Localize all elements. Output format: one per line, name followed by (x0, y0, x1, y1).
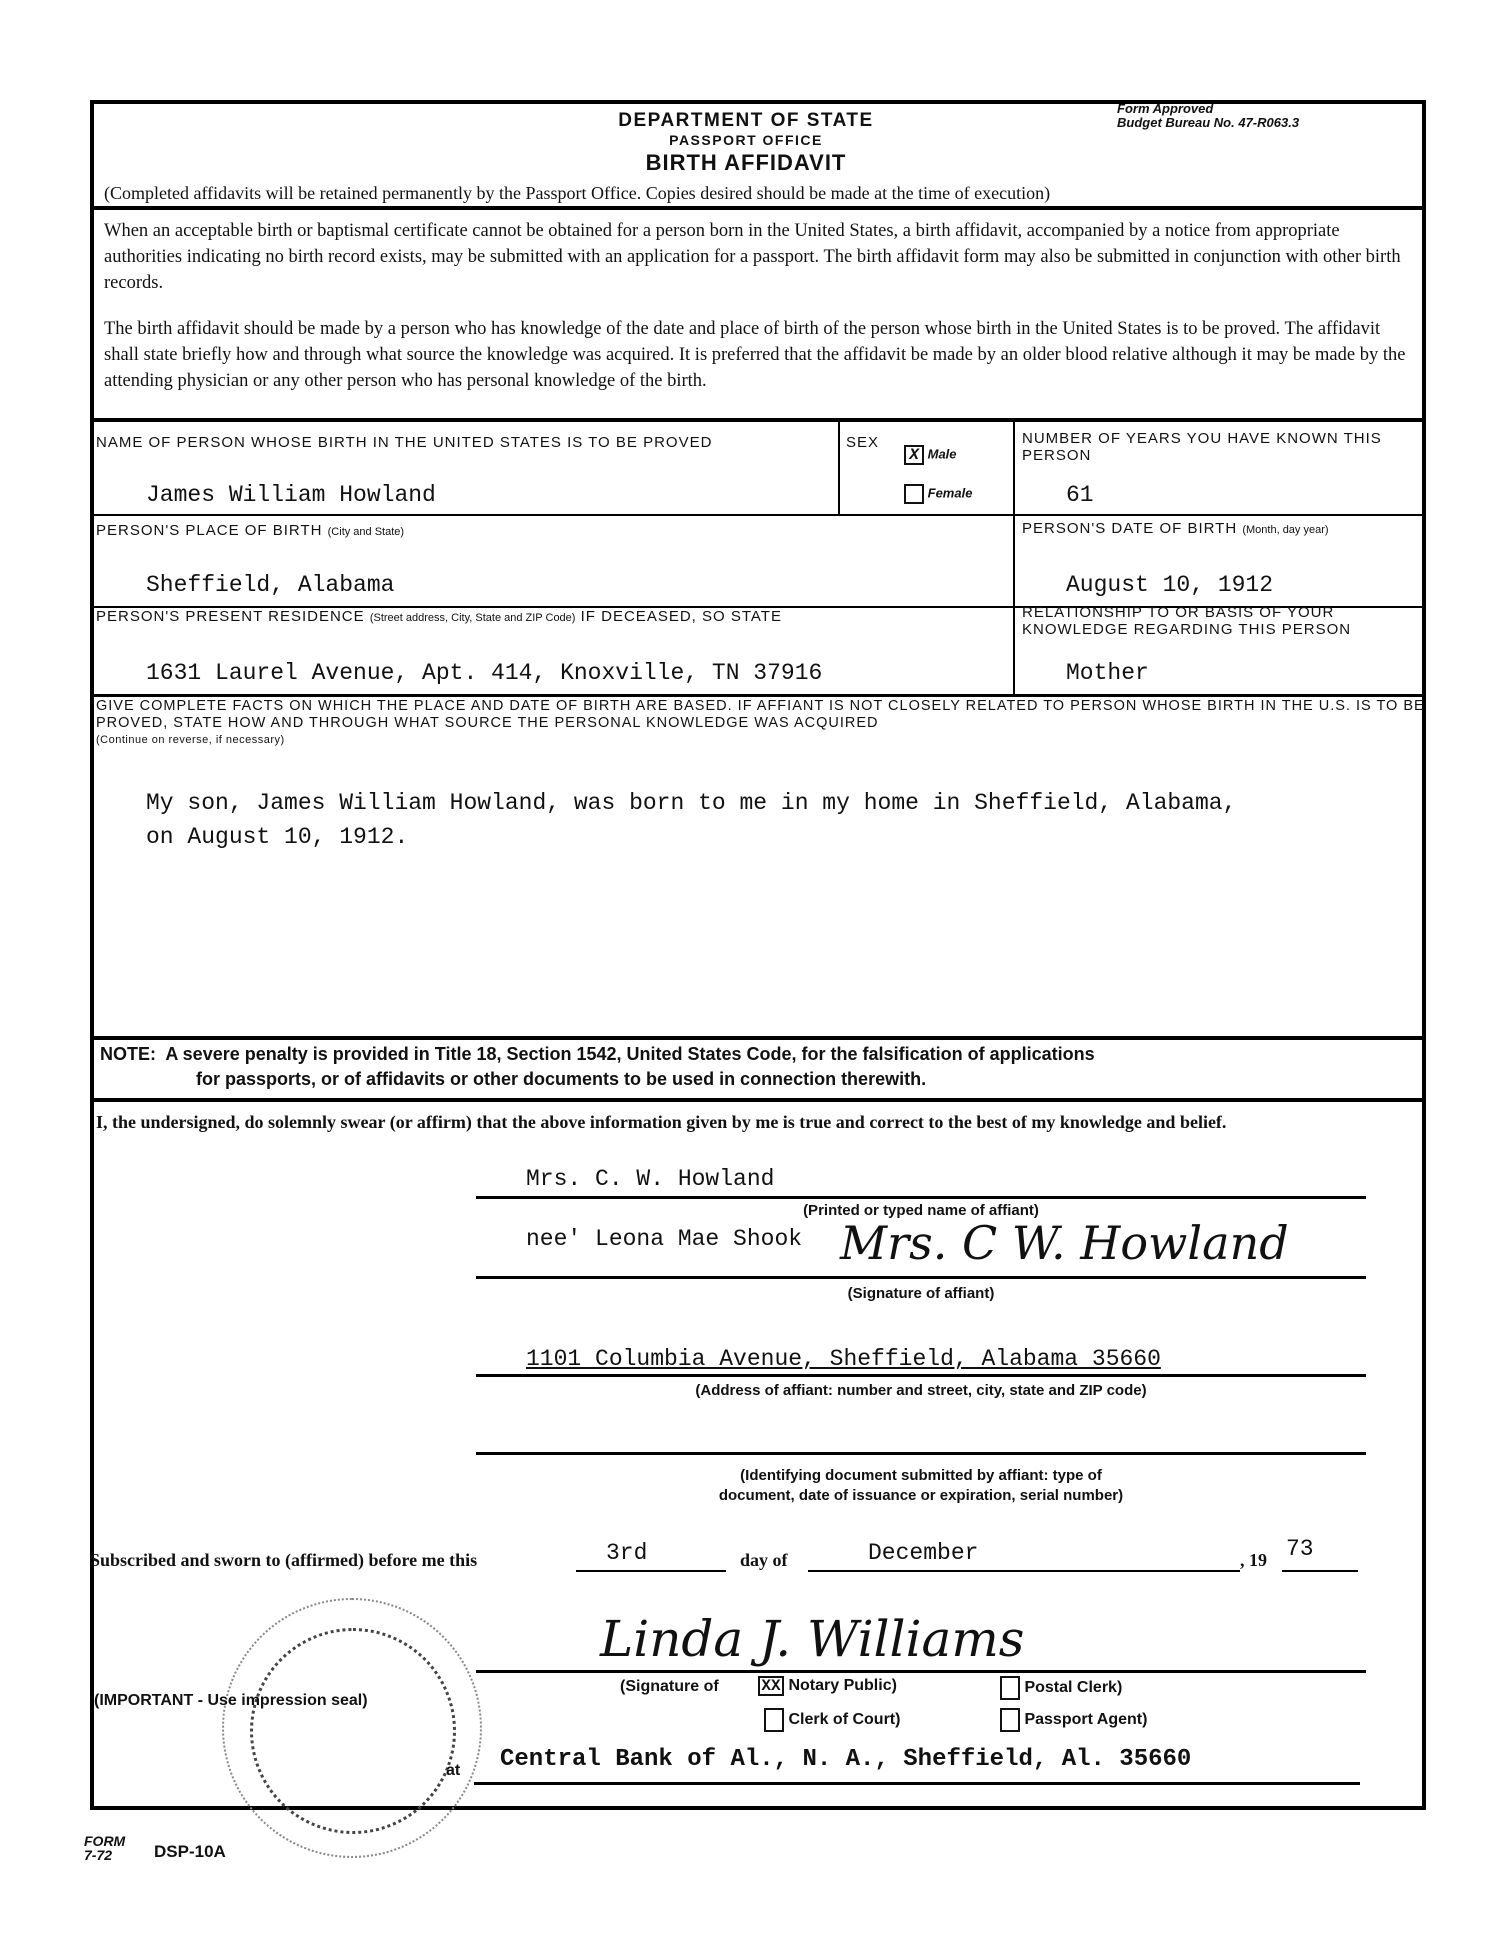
residence-value: 1631 Laurel Avenue, Apt. 414, Knoxville,… (146, 660, 822, 686)
name-value: James William Howland (146, 482, 436, 508)
notary-day: 3rd (606, 1540, 647, 1566)
notary-public-label: Notary Public) (788, 1677, 896, 1694)
place-of-birth-label-text: PERSON'S PLACE OF BIRTH (96, 522, 322, 539)
female-label: Female (928, 485, 973, 500)
oath-text: I, the undersigned, do solemnly swear (o… (96, 1110, 1416, 1134)
budget-bureau-number: Budget Bureau No. 47-R063.3 (1117, 116, 1299, 130)
affiant-signature-line (476, 1276, 1366, 1279)
date-of-birth-label: PERSON'S DATE OF BIRTH (Month, day year) (1022, 520, 1422, 539)
residence-sublabel: (Street address, City, State and ZIP Cod… (370, 612, 576, 624)
relationship-label: RELATIONSHIP TO OR BASIS OF YOUR KNOWLED… (1022, 604, 1422, 638)
note-line-2: for passports, or of affidavits or other… (100, 1067, 1420, 1092)
notary-signature-line (476, 1670, 1366, 1673)
date-of-birth-sublabel: (Month, day year) (1242, 524, 1328, 536)
divider (90, 1098, 1426, 1102)
subscribed-statement: Subscribed and sworn to (affirmed) befor… (90, 1550, 477, 1571)
affiant-name-line (476, 1196, 1366, 1199)
postal-clerk-label: Postal Clerk) (1024, 1679, 1122, 1696)
relationship-value: Mother (1066, 660, 1149, 686)
divider (838, 420, 840, 515)
signature-of-label: (Signature of (620, 1678, 719, 1696)
form-approved-label: Form Approved (1117, 102, 1299, 116)
maiden-name: nee' Leona Mae Shook (526, 1226, 802, 1252)
id-document-line (476, 1452, 1366, 1455)
place-of-birth-sublabel: (City and State) (328, 526, 404, 538)
clerk-of-court-label: Clerk of Court) (788, 1711, 900, 1728)
notary-year: 73 (1286, 1536, 1314, 1562)
divider (90, 418, 1426, 422)
form-approval: Form Approved Budget Bureau No. 47-R063.… (1117, 102, 1299, 130)
year-line (1282, 1570, 1358, 1572)
id-document-caption: (Identifying document submitted by affia… (476, 1466, 1366, 1506)
page-title: BIRTH AFFIDAVIT (0, 150, 1492, 176)
date-of-birth-value: August 10, 1912 (1066, 572, 1273, 598)
residence-label: PERSON'S PRESENT RESIDENCE (Street addre… (96, 608, 976, 627)
note-line-1: A severe penalty is provided in Title 18… (165, 1044, 1094, 1064)
affiant-name: Mrs. C. W. Howland (526, 1166, 774, 1192)
sex-option-male[interactable]: X Male (904, 445, 957, 465)
year-prefix: , 19 (1240, 1550, 1267, 1571)
penalty-note: NOTE: A severe penalty is provided in Ti… (100, 1042, 1420, 1092)
month-line (808, 1570, 1240, 1572)
divider (90, 514, 1426, 516)
id-document-caption-line-1: (Identifying document submitted by affia… (476, 1466, 1366, 1486)
notary-signature: Linda J. Williams (600, 1610, 1024, 1668)
years-known-label: NUMBER OF YEARS YOU HAVE KNOWN THIS PERS… (1022, 430, 1422, 464)
facts-sublabel: (Continue on reverse, if necessary) (96, 734, 285, 746)
seal-note: (IMPORTANT - Use impression seal) (94, 1692, 368, 1710)
name-label: NAME OF PERSON WHOSE BIRTH IN THE UNITED… (96, 434, 826, 451)
male-checkbox[interactable]: X (904, 445, 924, 465)
at-label: at (446, 1762, 460, 1780)
subscribed-text: Subscribed and sworn to (affirmed) befor… (90, 1550, 477, 1570)
passport-agent-checkbox[interactable] (1000, 1708, 1020, 1732)
facts-label: GIVE COMPLETE FACTS ON WHICH THE PLACE A… (96, 698, 1426, 732)
form-number: DSP-10A (154, 1842, 226, 1862)
residence-label-tail: IF DECEASED, SO STATE (581, 608, 782, 625)
form-id-block: FORM 7-72 (84, 1834, 125, 1862)
male-label: Male (928, 446, 957, 461)
office-title: PASSPORT OFFICE (0, 132, 1492, 148)
place-of-birth-label: PERSON'S PLACE OF BIRTH (City and State) (96, 522, 404, 541)
id-document-caption-line-2: document, date of issuance or expiration… (476, 1486, 1366, 1506)
residence-label-text: PERSON'S PRESENT RESIDENCE (96, 608, 365, 625)
passport-agent-label: Passport Agent) (1024, 1711, 1147, 1728)
affiant-address-caption: (Address of affiant: number and street, … (476, 1382, 1366, 1399)
years-known-value: 61 (1066, 482, 1094, 508)
notary-public-checkbox[interactable]: XX (758, 1676, 784, 1696)
sex-label: SEX (846, 434, 879, 451)
clerk-of-court-checkbox[interactable] (764, 1708, 784, 1732)
divider (90, 1036, 1426, 1040)
affiant-signature: Mrs. C W. Howland (840, 1216, 1289, 1270)
notary-month: December (868, 1540, 978, 1566)
impression-seal-outer (222, 1598, 482, 1858)
intro-paragraph-2: The birth affidavit should be made by a … (104, 316, 1414, 394)
date-of-birth-label-text: PERSON'S DATE OF BIRTH (1022, 520, 1237, 537)
divider (90, 694, 1426, 697)
sex-option-female[interactable]: Female (904, 484, 972, 504)
role-postal-clerk[interactable]: Postal Clerk) (1000, 1676, 1122, 1700)
postal-clerk-checkbox[interactable] (1000, 1676, 1020, 1700)
form-date: 7-72 (84, 1848, 125, 1862)
female-checkbox[interactable] (904, 484, 924, 504)
affiant-address: 1101 Columbia Avenue, Sheffield, Alabama… (526, 1346, 1161, 1372)
day-of-text: day of (740, 1550, 788, 1571)
retention-note: (Completed affidavits will be retained p… (104, 183, 1420, 204)
notary-location: Central Bank of Al., N. A., Sheffield, A… (500, 1746, 1191, 1773)
facts-line-1: My son, James William Howland, was born … (146, 790, 1236, 816)
day-line (576, 1570, 726, 1572)
role-passport-agent[interactable]: Passport Agent) (1000, 1708, 1147, 1732)
note-prefix: NOTE: (100, 1044, 156, 1064)
affiant-signature-caption: (Signature of affiant) (476, 1285, 1366, 1302)
form-label: FORM (84, 1834, 125, 1848)
divider (90, 206, 1426, 210)
facts-line-2: on August 10, 1912. (146, 824, 408, 850)
location-line (474, 1782, 1360, 1785)
affiant-address-line (476, 1374, 1366, 1377)
role-clerk-of-court[interactable]: Clerk of Court) (764, 1708, 900, 1732)
divider (1013, 420, 1015, 695)
intro-paragraph-1: When an acceptable birth or baptismal ce… (104, 218, 1414, 296)
role-notary-public[interactable]: XX Notary Public) (758, 1676, 897, 1696)
place-of-birth-value: Sheffield, Alabama (146, 572, 394, 598)
